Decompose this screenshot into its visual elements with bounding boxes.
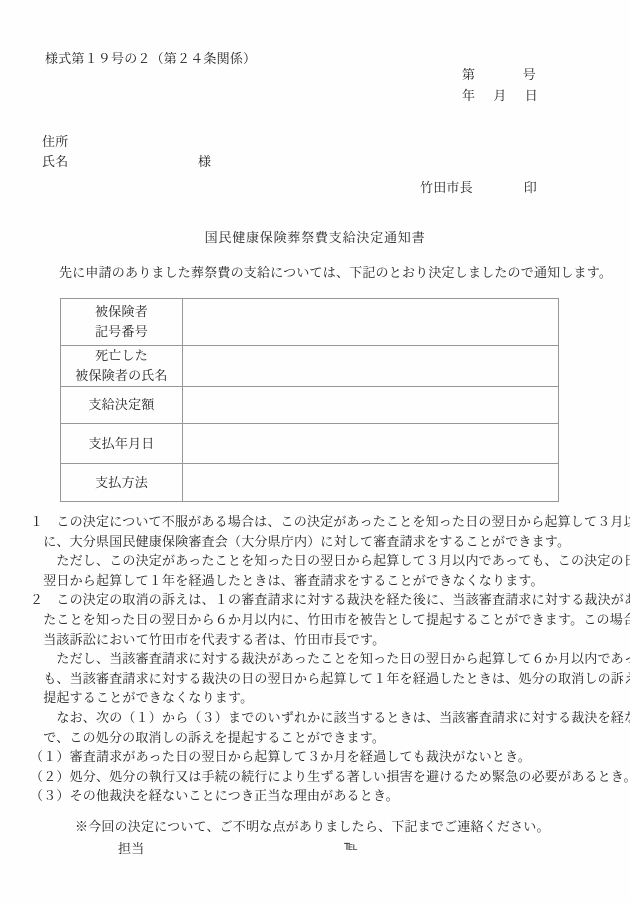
recipient-honorific: 様 (198, 151, 211, 170)
table-row: 支払方法 (61, 464, 559, 502)
appeal-notes: １ この決定について不服がある場合は、この決定があったことを知った日の翌日から起… (30, 512, 616, 806)
note-line: ２ この決定の取消の訴えは、１の審査請求に対する裁決を経た後に、当該審査請求に対… (30, 590, 616, 610)
table-row: 被保険者 記号番号 (61, 299, 559, 346)
note-line: 提起することができなくなります。 (30, 688, 616, 708)
doc-number-suffix: 号 (523, 64, 536, 83)
date-year-label: 年 (462, 85, 475, 104)
row-value-insured-number (183, 299, 559, 346)
note-line: 当該訴訟において竹田市を代表する者は、竹田市長です。 (30, 630, 616, 650)
row-label-deceased-name: 死亡した 被保険者の氏名 (61, 346, 183, 387)
note-line: 翌日から起算して１年を経過したときは、審査請求をすることができなくなります。 (30, 571, 616, 591)
document-page: 様式第１９号の２（第２４条関係） 第 号 年 月 日 住所 氏名 様 竹田市長 … (0, 0, 630, 903)
note-line: ただし、当該審査請求に対する裁決があったことを知った日の翌日から起算して６か月以… (30, 649, 616, 669)
note-line: （１）審査請求があった日の翌日から起算して３か月を経過しても裁決がないとき。 (30, 747, 616, 767)
row-label-insured-number: 被保険者 記号番号 (61, 299, 183, 346)
table-row: 支払年月日 (61, 424, 559, 464)
note-line: に、大分県国民健康保険審査会（大分県庁内）に対して審査請求をすることができます。 (30, 532, 616, 552)
note-line: （３）その他裁決を経ないことにつき正当な理由があるとき。 (30, 786, 616, 806)
issuer-line: 竹田市長 印 (420, 177, 537, 196)
row-label-decided-amount: 支給決定額 (61, 387, 183, 424)
date-day-label: 日 (525, 85, 538, 104)
row-value-payment-method (183, 464, 559, 502)
issuer-seal-mark: 印 (524, 177, 537, 196)
note-line: も、当該審査請求に対する裁決の日の翌日から起算して１年を経過したときは、処分の取… (30, 669, 616, 689)
recipient-name-line: 氏名 様 (42, 151, 242, 170)
note-line: たことを知った日の翌日から６か月以内に、竹田市を被告として提起することができます… (30, 610, 616, 630)
note-line: なお、次の（１）から（３）までのいずれかに該当するときは、当該審査請求に対する裁… (30, 708, 616, 728)
benefit-table: 被保険者 記号番号 死亡した 被保険者の氏名 支給決定額 支払年月日 支払方法 (60, 298, 559, 502)
row-value-deceased-name (183, 346, 559, 387)
recipient-address-label: 住所 (42, 131, 68, 150)
footer-note: ※今回の決定について、ご不明な点がありましたら、下記までご連絡ください。 (75, 816, 550, 835)
row-value-decided-amount (183, 387, 559, 424)
table-row: 死亡した 被保険者の氏名 (61, 346, 559, 387)
date-month-label: 月 (493, 85, 506, 104)
tel-label: ℡ (344, 838, 358, 854)
row-label-payment-date: 支払年月日 (61, 424, 183, 464)
table-row: 支給決定額 (61, 387, 559, 424)
note-line: ただし、この決定があったことを知った日の翌日から起算して３月以内であっても、この… (30, 551, 616, 571)
row-value-payment-date (183, 424, 559, 464)
row-label-payment-method: 支払方法 (61, 464, 183, 502)
date-line: 年 月 日 (462, 85, 538, 104)
page-title: 国民健康保険葬祭費支給決定通知書 (0, 227, 630, 246)
contact-label: 担当 (118, 838, 144, 857)
intro-text: 先に申請のありました葬祭費の支給については、下記のとおり決定しましたので通知しま… (59, 262, 612, 281)
note-line: （２）処分、処分の執行又は手続の続行により生ずる著しい損害を避けるため緊急の必要… (30, 767, 616, 787)
doc-number-prefix: 第 (462, 64, 475, 83)
recipient-name-label: 氏名 (42, 154, 68, 169)
note-line: で、この処分の取消しの訴えを提起することができます。 (30, 728, 616, 748)
issuer-title: 竹田市長 (420, 177, 473, 196)
note-line: １ この決定について不服がある場合は、この決定があったことを知った日の翌日から起… (30, 512, 616, 532)
form-number: 様式第１９号の２（第２４条関係） (45, 48, 256, 67)
document-number-line: 第 号 (462, 64, 536, 83)
